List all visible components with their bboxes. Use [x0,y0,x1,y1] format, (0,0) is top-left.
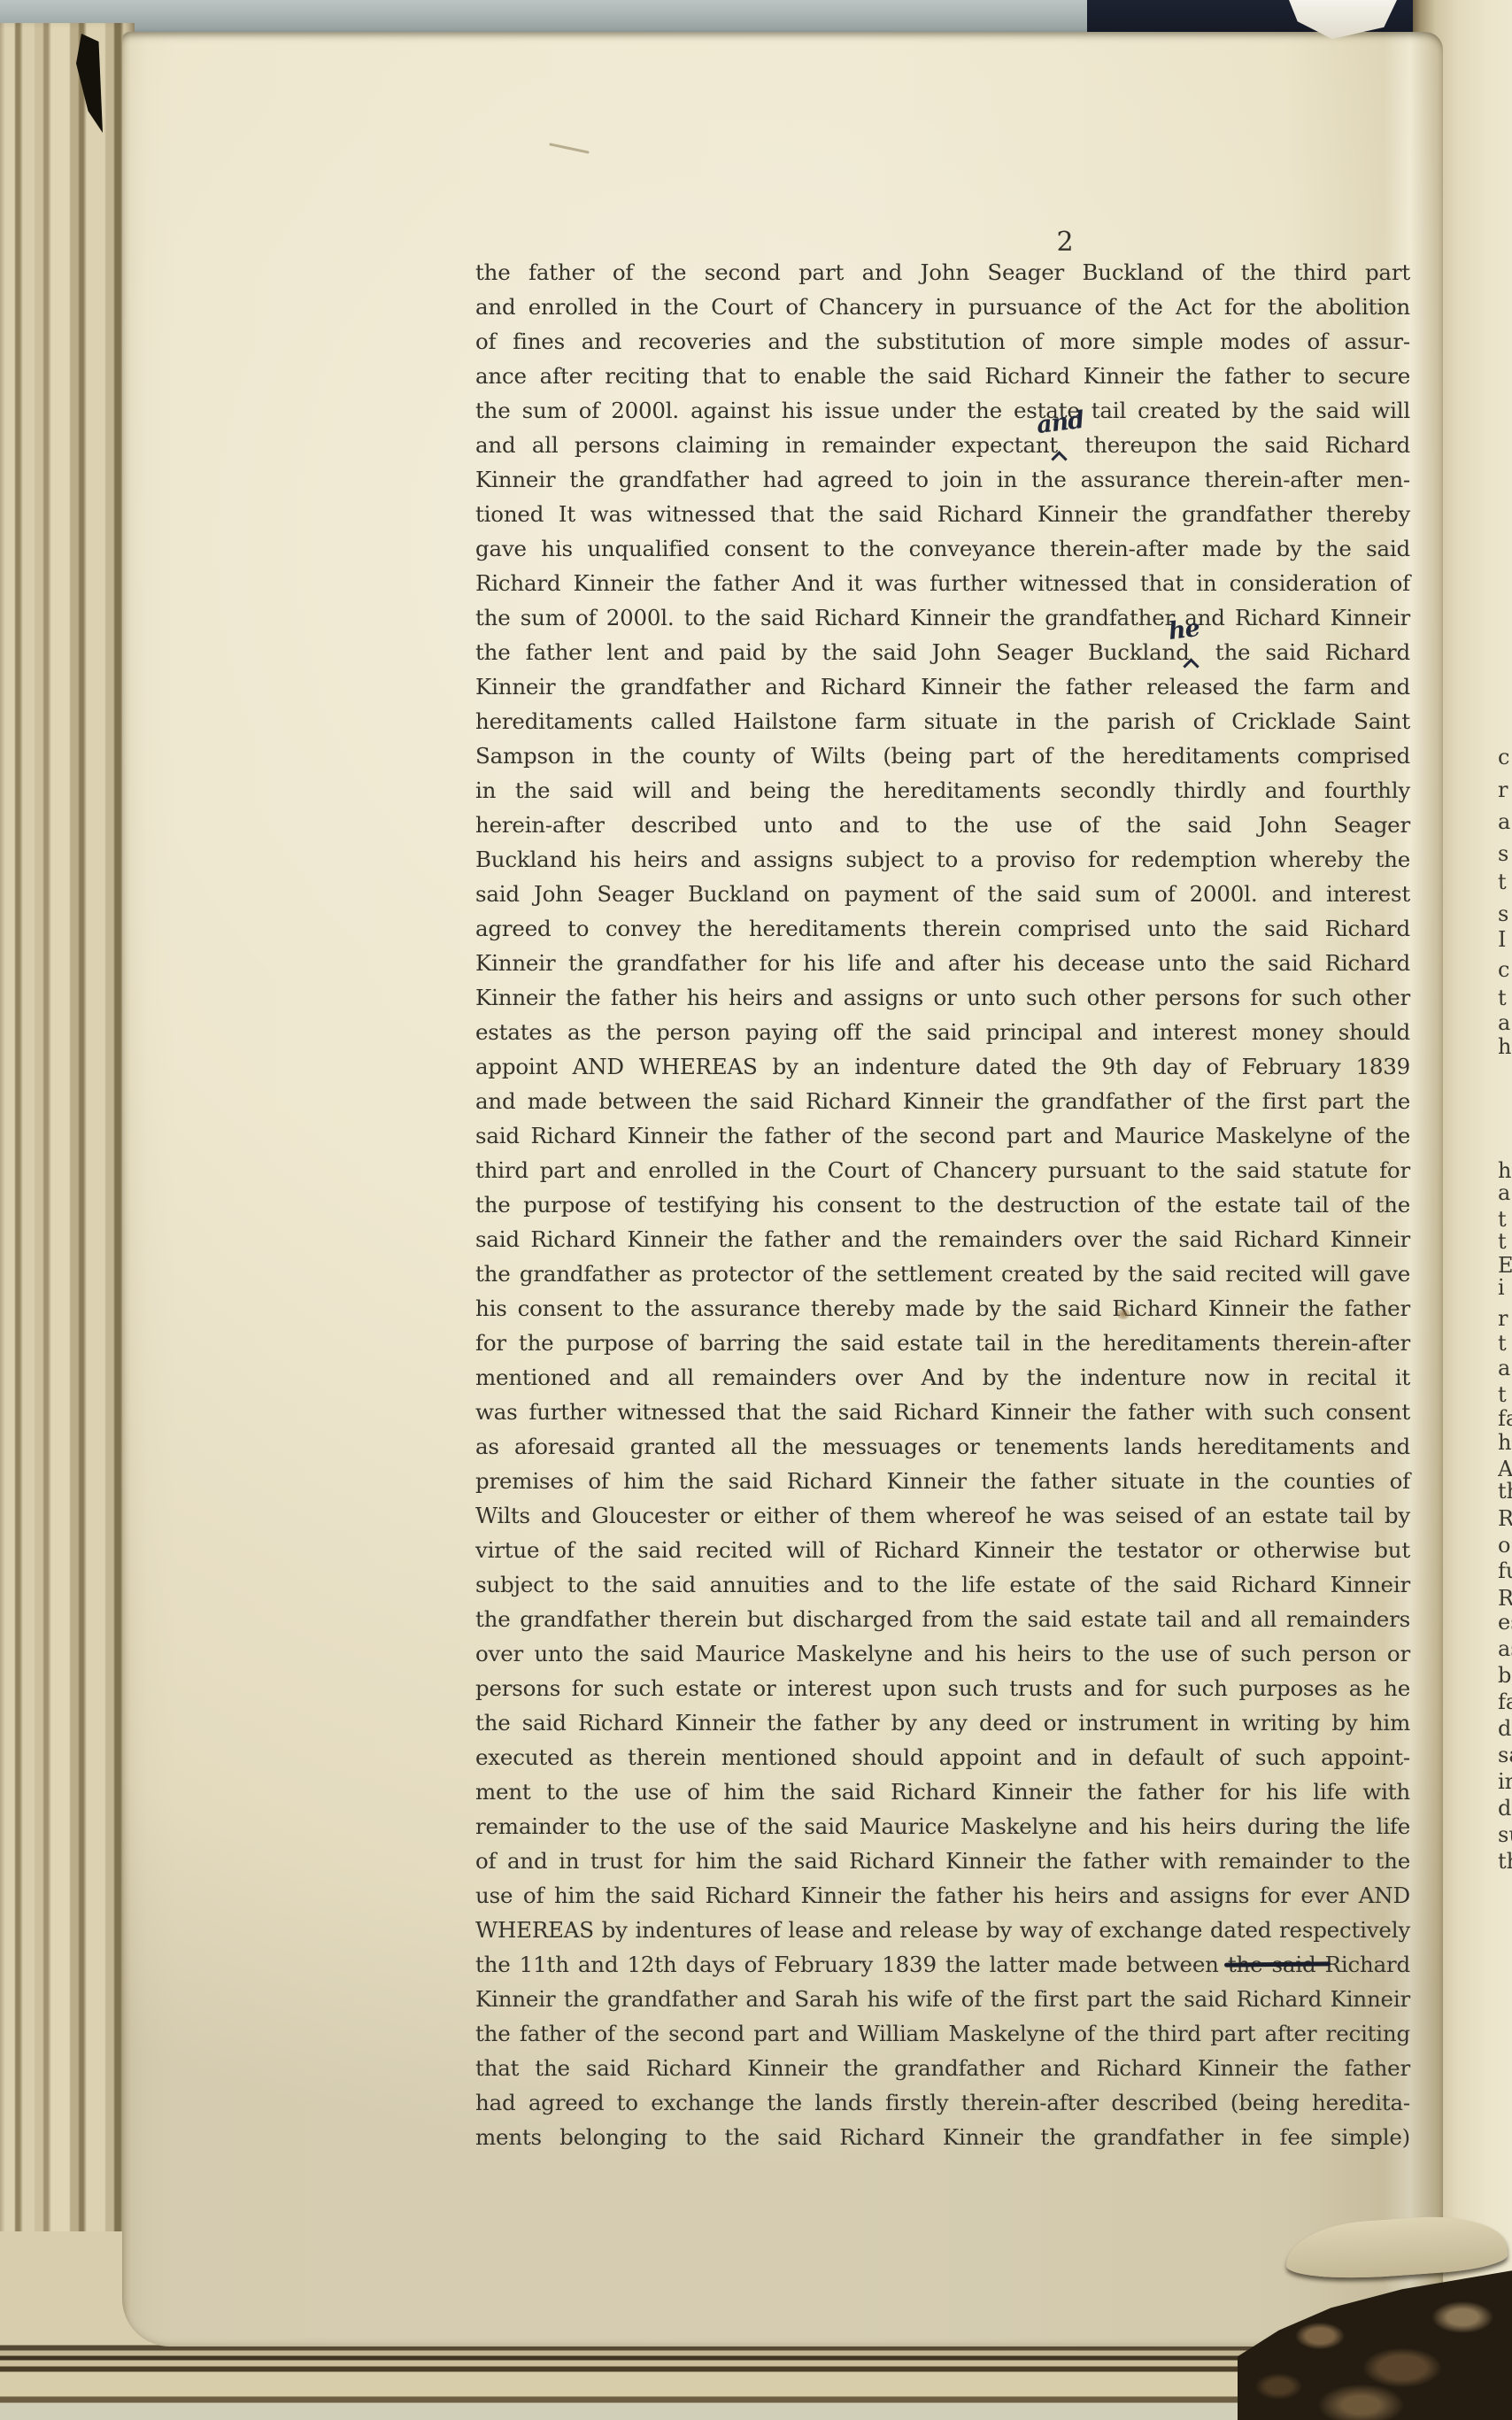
facing-page-text-fragment: in [1498,1771,1512,1792]
text-line: the grandfather therein but discharged f… [475,1602,1410,1636]
facing-page-text-fragment: es [1498,1612,1512,1633]
text-line: Wilts and Gloucester or either of them w… [475,1498,1410,1533]
facing-page-text-fragment: fa [1498,1691,1512,1713]
text-line: third part and enrolled in the Court of … [475,1153,1410,1187]
facing-page-text-fragment: h [1498,1432,1512,1453]
facing-page-text-fragment: r [1498,1308,1512,1329]
facing-page-text-fragment: c [1498,746,1512,768]
text-line: Richard Kinneir the father And it was fu… [475,566,1410,600]
facing-page-text-fragment: t [1498,1209,1512,1230]
facing-page-text-fragment: a [1498,1182,1512,1203]
facing-page-text-fragment: a [1498,811,1512,832]
text-line: Kinneir the grandfather for his life and… [475,946,1410,980]
text-line: Kinneir the grandfather had agreed to jo… [475,462,1410,497]
text-line: remainder to the use of the said Maurice… [475,1809,1410,1844]
text-line: subject to the said annuities and to the… [475,1567,1410,1602]
facing-page-text-fragment: t [1498,1384,1512,1405]
text-line: said John Seager Buckland on payment of … [475,877,1410,911]
text-line: WHEREAS by indentures of lease and relea… [475,1913,1410,1947]
facing-page-text-fragment: s [1498,903,1512,924]
document-page: 2 the father of the second part and John… [122,32,1443,2347]
text-line: as aforesaid granted all the messuages o… [475,1429,1410,1464]
text-line: his consent to the assurance thereby mad… [475,1291,1410,1326]
text-line: of and in trust for him the said Richard… [475,1844,1410,1878]
facing-page-text-fragment: as [1498,1638,1512,1659]
facing-page-text-fragment: s [1498,843,1512,864]
text-line: hereditaments called Hailstone farm situ… [475,704,1410,738]
facing-page-text-fragment: R [1498,1508,1512,1529]
facing-page-text-fragment: su [1498,1824,1512,1845]
text-line: the said Richard Kinneir the father by a… [475,1705,1410,1740]
page-number: 2 [598,227,1512,258]
text-line: Buckland his heirs and assigns subject t… [475,842,1410,877]
struck-text: the said [1228,1952,1316,1977]
facing-page-text-fragment: h [1498,1160,1512,1181]
facing-page-text-fragment: a [1498,1357,1512,1379]
facing-page-text-fragment: c [1498,959,1512,980]
insertion-point: and [1058,442,1068,452]
facing-page-text-fragment: r [1498,779,1512,800]
facing-page-text-fragment: a [1498,1012,1512,1033]
text-line: over unto the said Maurice Maskelyne and… [475,1636,1410,1671]
text-line: the father of the second part and John S… [475,255,1410,290]
text-line: ments belonging to the said Richard Kinn… [475,2120,1410,2154]
facing-page-text-fragment: I [1498,929,1512,950]
text-line: the sum of 2000l. to the said Richard Ki… [475,600,1410,635]
text-line: Kinneir the grandfather and Sarah his wi… [475,1982,1410,2016]
facing-page-text-fragment: be [1498,1665,1512,1686]
text-line: persons for such estate or interest upon… [475,1671,1410,1705]
text-line: ment to the use of him the said Richard … [475,1774,1410,1809]
text-line: said Richard Kinneir the father and the … [475,1222,1410,1256]
text-line: the father of the second part and Willia… [475,2016,1410,2051]
facing-page-text-fragment: sa [1498,1744,1512,1766]
text-line: said Richard Kinneir the father of the s… [475,1118,1410,1153]
text-line: and all persons claiming in remainder ex… [475,428,1410,462]
page-stack-left-edge [0,23,135,2405]
text-block: the father of the second part and John S… [475,255,1410,2154]
facing-page-text-fragment: t [1498,987,1512,1009]
text-line: for the purpose of barring the said esta… [475,1326,1410,1360]
text-line: the father lent and paid by the said Joh… [475,635,1410,669]
handwritten-insertion: he [1166,611,1200,649]
text-line: Kinneir the grandfather and Richard Kinn… [475,669,1410,704]
text-line: ance after reciting that to enable the s… [475,359,1410,393]
text-line: tioned It was witnessed that the said Ri… [475,497,1410,531]
text-line: the grandfather as protector of the sett… [475,1256,1410,1291]
facing-page-text-fragment: fu [1498,1560,1512,1581]
facing-page-text-fragment: R [1498,1588,1512,1609]
facing-page-text-fragment: th [1498,1851,1512,1872]
facing-page-text-fragment: de [1498,1798,1512,1819]
text-line: that the said Richard Kinneir the grandf… [475,2051,1410,2085]
text-line: premises of him the said Richard Kinneir… [475,1464,1410,1498]
text-line: in the said will and being the hereditam… [475,773,1410,808]
text-line: had agreed to exchange the lands firstly… [475,2085,1410,2120]
text-line: estates as the person paying off the sai… [475,1015,1410,1049]
facing-page-text-fragment: t [1498,871,1512,893]
handwritten-insertion: and [1035,403,1085,443]
text-line: Kinneir the father his heirs and assigns… [475,980,1410,1015]
text-line: and made between the said Richard Kinnei… [475,1084,1410,1118]
facing-page-text-fragment: h [1498,1036,1512,1057]
text-line: of fines and recoveries and the substitu… [475,324,1410,359]
facing-page-text-fragment: t [1498,1231,1512,1252]
text-line: mentioned and all remainders over And by… [475,1360,1410,1395]
text-line: Sampson in the county of Wilts (being pa… [475,738,1410,773]
facing-page-text-fragment: A [1498,1458,1512,1480]
text-line: the 11th and 12th days of February 1839 … [475,1947,1410,1982]
text-line: gave his unqualified consent to the conv… [475,531,1410,566]
text-line: use of him the said Richard Kinneir the … [475,1878,1410,1913]
text-line: was further witnessed that the said Rich… [475,1395,1410,1429]
text-line: virtue of the said recited will of Richa… [475,1533,1410,1567]
text-line: executed as therein mentioned should app… [475,1740,1410,1774]
insertion-point: he [1190,649,1200,660]
text-line: and enrolled in the Court of Chancery in… [475,290,1410,324]
facing-page-text-fragment: t [1498,1333,1512,1354]
facing-page-text-fragment: di [1498,1718,1512,1739]
ink-stain [1117,1309,1130,1319]
text-line: agreed to convey the hereditaments there… [475,911,1410,946]
text-line: herein-after described unto and to the u… [475,808,1410,842]
facing-page-text-fragment: o [1498,1535,1512,1556]
text-line: the sum of 2000l. against his issue unde… [475,393,1410,428]
facing-page-text-fragment: fa [1498,1408,1512,1429]
facing-page-text-fragment: i [1498,1277,1512,1298]
text-line: the purpose of testifying his consent to… [475,1187,1410,1222]
facing-page-text-fragment: th [1498,1481,1512,1502]
facing-page-text-fragment: E [1498,1255,1512,1276]
text-line: appoint AND WHEREAS by an indenture date… [475,1049,1410,1084]
